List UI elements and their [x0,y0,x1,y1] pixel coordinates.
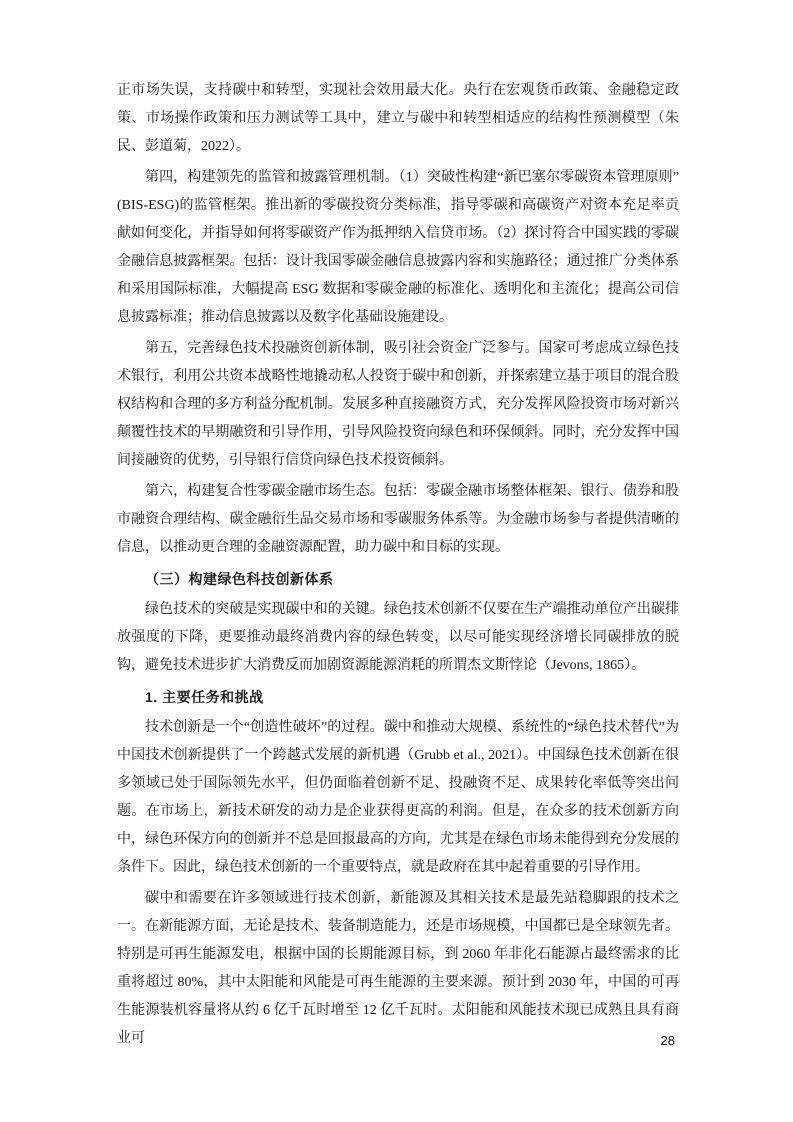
paragraph-creative-destruction: 技术创新是一个“创造性破坏”的过程。碳中和推动大规模、系统性的“绿色技术替代”为… [117,714,679,882]
paragraph-green-tech-breakthrough: 绿色技术的突破是实现碳中和的关键。绿色技术创新不仅要在生产端推动单位产出碳排放强… [117,596,679,680]
paragraph-point-five: 第五，完善绿色技术投融资创新体制，吸引社会资金广泛参与。国家可考虑成立绿色技术银… [117,335,679,475]
paragraph-point-six: 第六，构建复合性零碳金融市场生态。包括：零碳金融市场整体框架、银行、债券和股市融… [117,478,679,562]
paragraph-point-four: 第四，构建领先的监管和披露管理机制。（1）突破性构建“新巴塞尔零碳资本管理原则”… [117,164,679,332]
paragraph-continued-from-previous-page: 正市场失误，支持碳中和转型，实现社会效用最大化。央行在宏观货币政策、金融稳定政策… [117,77,679,161]
paragraph-new-energy-technology: 碳中和需要在许多领域进行技术创新，新能源及其相关技术是最先站稳脚跟的技术之一。在… [117,885,679,1053]
document-page: 正市场失误，支持碳中和转型，实现社会效用最大化。央行在宏观货币政策、金融稳定政策… [0,0,793,1122]
page-body-text: 正市场失误，支持碳中和转型，实现社会效用最大化。央行在宏观货币政策、金融稳定政策… [117,77,679,1056]
subsection-heading-green-tech-innovation-system: （三）构建绿色科技创新体系 [117,565,679,593]
sub-subsection-heading-main-tasks-and-challenges: 1. 主要任务和挑战 [117,683,679,711]
page-number: 28 [661,1033,675,1049]
